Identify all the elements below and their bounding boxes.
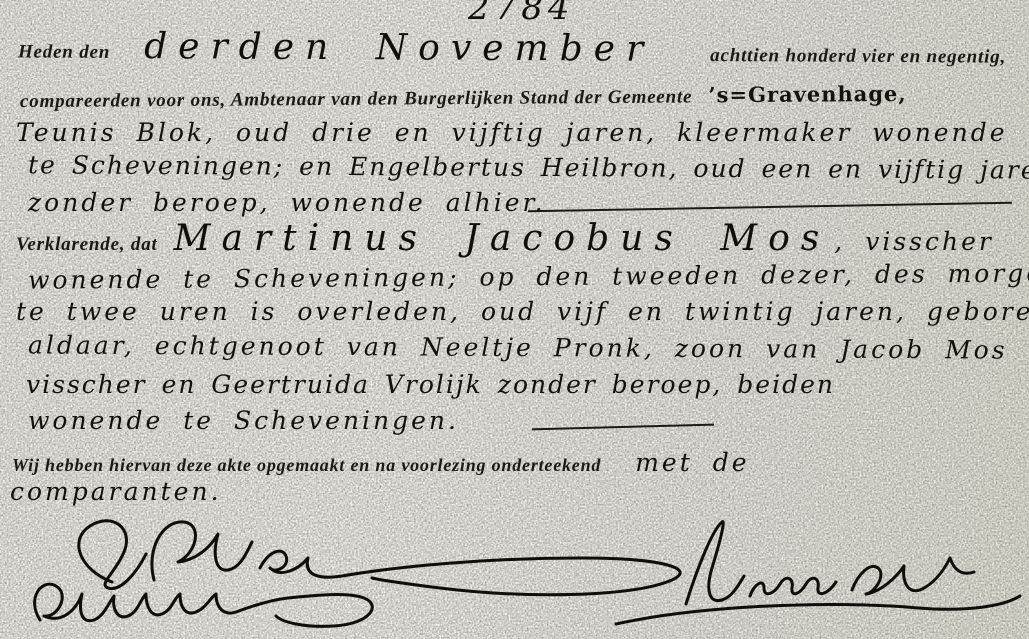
signature-heilbron <box>18 570 408 638</box>
handwritten-entry: visscher en Geertruida Vrolijk zonder be… <box>26 370 835 399</box>
printed-form-text: Verklarende, dat <box>16 234 158 255</box>
act-number-text: 2784 <box>468 0 575 28</box>
handwritten-entry: comparanten. <box>10 477 222 506</box>
line-death-details-2: te twee uren is overleden, oud vijf en t… <box>16 297 1029 326</box>
handwritten-entry: wonende te Scheveningen; op den tweeden … <box>28 258 1029 294</box>
line-date: Heden den derden November achttien honde… <box>18 25 1006 71</box>
handwritten-entry: aldaar, echtgenoot van Neeltje Pronk, zo… <box>28 330 1008 364</box>
line-registrar: compareerden voor ons, Ambtenaar van den… <box>20 81 907 113</box>
printed-form-text: compareerden voor ons, Ambtenaar van den… <box>20 86 692 112</box>
line-declarant-2: te Scheveningen; en Engelbertus Heilbron… <box>28 150 1029 184</box>
handwritten-entry: zonder beroep, wonende alhier. <box>28 188 546 217</box>
death-record-scan: 2784 Heden den derden November achttien … <box>0 0 1029 639</box>
line-death-details-1: wonende te Scheveningen; op den tweeden … <box>28 258 1029 294</box>
municipality-blackletter: ’s=Gravenhage, <box>708 81 907 107</box>
printed-form-text: Wij hebben hiervan deze akte opgemaakt e… <box>12 455 601 475</box>
line-declarant-3: zonder beroep, wonende alhier. <box>28 188 546 217</box>
line-declarant-1: Teunis Blok, oud drie en vijftig jaren, … <box>16 118 1008 147</box>
line-closing-2: comparanten. <box>10 477 222 506</box>
handwritten-entry: te twee uren is overleden, oud vijf en t… <box>16 297 1029 326</box>
handwritten-day-month: derden November <box>144 26 654 70</box>
line-family-1: aldaar, echtgenoot van Neeltje Pronk, zo… <box>28 330 1008 364</box>
printed-form-text: Heden den <box>18 41 110 62</box>
line-closing-1: Wij hebben hiervan deze akte opgemaakt e… <box>12 448 750 477</box>
ruled-filler-line <box>532 424 714 431</box>
handwritten-entry: te Scheveningen; en Engelbertus Heilbron… <box>28 150 1029 184</box>
line-family-2: visscher en Geertruida Vrolijk zonder be… <box>26 370 835 399</box>
handwritten-deceased-name: Martinus Jacobus Mos <box>174 218 831 259</box>
ruled-filler-line <box>528 202 1012 212</box>
handwritten-entry: wonende te Scheveningen. <box>28 406 459 435</box>
handwritten-entry: Teunis Blok, oud drie en vijftig jaren, … <box>16 118 1008 147</box>
line-family-3: wonende te Scheveningen. <box>28 406 459 435</box>
printed-year-text: achttien honderd vier en negentig, <box>710 45 1006 68</box>
handwritten-entry: met de <box>635 448 749 477</box>
line-deceased-name: Verklarende, dat Martinus Jacobus Mos , … <box>16 218 994 259</box>
act-number: 2784 <box>468 0 575 28</box>
signature-registrar <box>608 512 1026 634</box>
handwritten-entry: , visscher <box>834 227 994 256</box>
